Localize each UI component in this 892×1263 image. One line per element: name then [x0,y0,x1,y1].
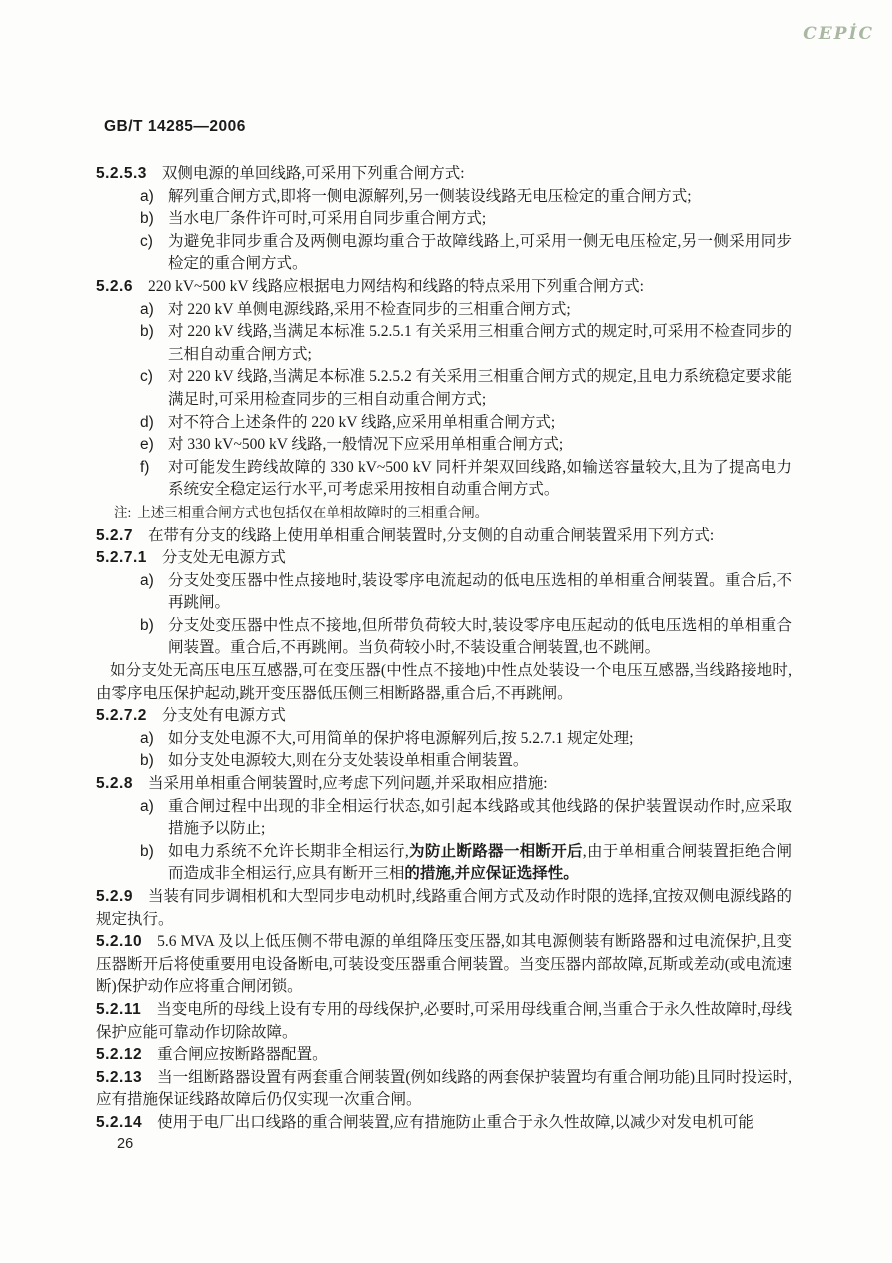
section-number: 5.2.7.2 [96,707,147,724]
doc-block-5.2.9: 5.2.9当装有同步调相机和大型同步电动机时,线路重合闸方式及动作时限的选择,宜… [96,886,792,931]
doc-block-item-6: b)对 220 kV 线路,当满足本标准 5.2.5.1 有关采用三相重合闸方式… [96,321,792,366]
block-text: 对不符合上述条件的 220 kV 线路,应采用单相重合闸方式; [168,414,555,431]
doc-block-5.2.12: 5.2.12重合闸应按断路器配置。 [96,1044,792,1067]
item-letter: a) [140,186,154,209]
block-text: 5.6 MVA 及以上低压侧不带电源的单组降压变压器,如其电源侧装有断路器和过电… [96,933,792,995]
doc-block-item-2: b)当水电厂条件许可时,可采用自同步重合闸方式; [96,208,792,231]
block-text: 如分支处电源较大,则在分支处装设单相重合闸装置。 [168,752,528,769]
standard-number-header: GB/T 14285—2006 [104,118,246,136]
block-text: 对 220 kV 单侧电源线路,采用不检查同步的三相重合闸方式; [168,301,571,318]
block-text: 重合闸过程中出现的非全相运行状态,如引起本线路或其他线路的保护装置误动作时,应采… [168,798,792,838]
block-text: 上述三相重合闸方式也包括仅在单相故障时的三相重合闸。 [137,505,488,520]
block-text: 当采用单相重合闸装置时,应考虑下列问题,并采取相应措施: [148,775,548,792]
item-letter: b) [140,321,154,344]
section-number: 5.2.12 [96,1046,142,1063]
doc-block-item-14: a)分支处变压器中性点接地时,装设零序电流起动的低电压选相的单相重合闸装置。重合… [96,570,792,615]
doc-block-5.2.10: 5.2.105.6 MVA 及以上低压侧不带电源的单组降压变压器,如其电源侧装有… [96,931,792,999]
block-text: 使用于电厂出口线路的重合闸装置,应有措施防止重合于永久性故障,以减少对发电机可能 [157,1114,754,1131]
item-letter: b) [140,208,154,231]
block-text: 重合闸应按断路器配置。 [157,1046,328,1063]
item-letter: a) [140,570,154,593]
item-letter: b) [140,750,154,773]
block-text: 为避免非同步重合及两侧电源均重合于故障线路上,可采用一侧无电压检定,另一侧采用同… [168,233,792,273]
doc-block-item-19: b)如分支处电源较大,则在分支处装设单相重合闸装置。 [96,750,792,773]
doc-block-item-8: d)对不符合上述条件的 220 kV 线路,应采用单相重合闸方式; [96,412,792,435]
doc-block-note-11: 注:上述三相重合闸方式也包括仅在单相故障时的三相重合闸。 [96,502,792,525]
section-number: 5.2.9 [96,888,133,905]
doc-block-5.2.6: 5.2.6220 kV~500 kV 线路应根据电力网结构和线路的特点采用下列重… [96,276,792,299]
scanned-document-page: CEPİC GB/T 14285—2006 5.2.5.3双侧电源的单回线路,可… [0,0,892,1263]
section-number: 5.2.10 [96,933,142,950]
block-text: 当一组断路器设置有两套重合闸装置(例如线路的两套保护装置均有重合闸功能)且同时投… [96,1069,792,1109]
doc-block-5.2.7.2: 5.2.7.2分支处有电源方式 [96,705,792,728]
item-letter: b) [140,615,154,638]
section-number: 5.2.8 [96,775,133,792]
doc-block-item-15: b)分支处变压器中性点不接地,但所带负荷较大时,装设零序电压起动的低电压选相的单… [96,615,792,660]
section-number: 5.2.7.1 [96,549,147,566]
block-text: 对可能发生跨线故障的 330 kV~500 kV 同杆并架双回线路,如输送容量较… [168,459,792,499]
item-letter: b) [140,841,154,864]
block-text: 当变电所的母线上设有专用的母线保护,必要时,可采用母线重合闸,当重合于永久性故障… [96,1001,792,1041]
block-text: 对 220 kV 线路,当满足本标准 5.2.5.1 有关采用三相重合闸方式的规… [168,323,792,363]
item-letter: d) [140,412,154,435]
doc-block-item-1: a)解列重合闸方式,即将一侧电源解列,另一侧装设线路无电压检定的重合闸方式; [96,186,792,209]
doc-block-item-10: f)对可能发生跨线故障的 330 kV~500 kV 同杆并架双回线路,如输送容… [96,457,792,502]
block-text: 分支处无电源方式 [162,549,286,566]
doc-block-item-18: a)如分支处电源不大,可用简单的保护将电源解列后,按 5.2.7.1 规定处理; [96,728,792,751]
doc-block-5.2.7: 5.2.7在带有分支的线路上使用单相重合闸装置时,分支侧的自动重合闸装置采用下列… [96,525,792,548]
block-text: 如分支处电源不大,可用简单的保护将电源解列后,按 5.2.7.1 规定处理; [168,730,633,747]
item-letter: c) [140,231,153,254]
doc-block-item-5: a)对 220 kV 单侧电源线路,采用不检查同步的三相重合闸方式; [96,299,792,322]
text-segment: 的措施,并应保证选择性。 [404,865,578,882]
block-text: 双侧电源的单回线路,可采用下列重合闸方式: [162,165,465,182]
item-letter: a) [140,299,154,322]
doc-block-item-3: c)为避免非同步重合及两侧电源均重合于故障线路上,可采用一侧无电压检定,另一侧采… [96,231,792,276]
item-letter: a) [140,796,154,819]
item-letter: a) [140,728,154,751]
block-text: 分支处变压器中性点接地时,装设零序电流起动的低电压选相的单相重合闸装置。重合后,… [168,572,792,612]
document-body: 5.2.5.3双侧电源的单回线路,可采用下列重合闸方式:a)解列重合闸方式,即将… [96,163,792,1135]
section-number: 5.2.5.3 [96,165,147,182]
block-text: 对 220 kV 线路,当满足本标准 5.2.5.2 有关采用三相重合闸方式的规… [168,368,792,408]
item-letter: c) [140,366,153,389]
block-text: 分支处有电源方式 [162,707,286,724]
text-segment: 如电力系统不允许长期非全相运行, [168,843,409,860]
item-letter: f) [140,457,149,480]
block-text: 分支处变压器中性点不接地,但所带负荷较大时,装设零序电压起动的低电压选相的单相重… [168,617,792,657]
cepic-logo: CEPİC [803,24,874,44]
item-letter: e) [140,434,154,457]
doc-block-5.2.8: 5.2.8当采用单相重合闸装置时,应考虑下列问题,并采取相应措施: [96,773,792,796]
block-text: 220 kV~500 kV 线路应根据电力网结构和线路的特点采用下列重合闸方式: [148,278,644,295]
doc-block-para-16: 如分支处无高压电压互感器,可在变压器(中性点不接地)中性点处装设一个电压互感器,… [96,660,792,705]
block-text: 在带有分支的线路上使用单相重合闸装置时,分支侧的自动重合闸装置采用下列方式: [148,527,714,544]
text-segment: 为防止断路器一相断开后 [409,843,583,860]
doc-block-5.2.11: 5.2.11当变电所的母线上设有专用的母线保护,必要时,可采用母线重合闸,当重合… [96,999,792,1044]
page-number: 26 [117,1136,133,1152]
doc-block-item-7: c)对 220 kV 线路,当满足本标准 5.2.5.2 有关采用三相重合闸方式… [96,366,792,411]
doc-block-item-9: e)对 330 kV~500 kV 线路,一般情况下应采用单相重合闸方式; [96,434,792,457]
section-number: 5.2.7 [96,527,133,544]
doc-block-5.2.14: 5.2.14使用于电厂出口线路的重合闸装置,应有措施防止重合于永久性故障,以减少… [96,1112,792,1135]
block-text: 解列重合闸方式,即将一侧电源解列,另一侧装设线路无电压检定的重合闸方式; [168,188,692,205]
block-text: 如分支处无高压电压互感器,可在变压器(中性点不接地)中性点处装设一个电压互感器,… [96,662,792,702]
doc-block-5.2.13: 5.2.13当一组断路器设置有两套重合闸装置(例如线路的两套保护装置均有重合闸功… [96,1067,792,1112]
doc-block-item-21: a)重合闸过程中出现的非全相运行状态,如引起本线路或其他线路的保护装置误动作时,… [96,796,792,841]
doc-block-5.2.7.1: 5.2.7.1分支处无电源方式 [96,547,792,570]
section-number: 5.2.11 [96,1001,141,1018]
doc-block-item-22: b)如电力系统不允许长期非全相运行,为防止断路器一相断开后,由于单相重合闸装置拒… [96,841,792,886]
doc-block-5.2.5.3: 5.2.5.3双侧电源的单回线路,可采用下列重合闸方式: [96,163,792,186]
section-number: 5.2.14 [96,1114,142,1131]
block-text: 当装有同步调相机和大型同步电动机时,线路重合闸方式及动作时限的选择,宜按双侧电源… [96,888,792,928]
block-text: 对 330 kV~500 kV 线路,一般情况下应采用单相重合闸方式; [168,436,563,453]
section-number: 5.2.13 [96,1069,142,1086]
block-text: 当水电厂条件许可时,可采用自同步重合闸方式; [168,210,486,227]
note-label: 注: [114,505,131,520]
section-number: 5.2.6 [96,278,133,295]
